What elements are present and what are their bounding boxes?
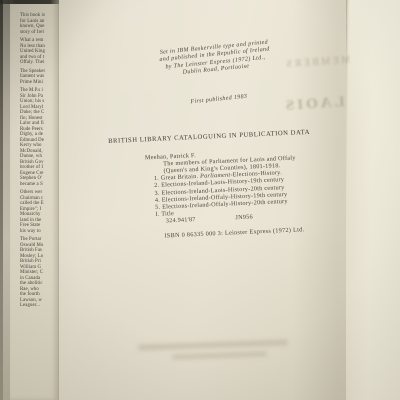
photo-background-edge [0, 0, 59, 4]
flap-paragraph: The Speakerliament wasPrime Mini [20, 69, 58, 86]
photo-background-edge [0, 0, 3, 400]
book-page-edges [3, 0, 10, 400]
lc-class-number: JN956 [235, 213, 253, 221]
flap-line: Offaly. Thei [20, 60, 58, 66]
flap-line: his way to [20, 229, 58, 235]
flap-paragraph: The PortarOswald MoBritish FasMosley; Lo… [20, 237, 58, 309]
dewey-number: 324.941'87 [166, 216, 196, 224]
flap-paragraph: This book isfor Laois anknown, Questory … [20, 13, 58, 35]
flap-paragraph: Others werChairman ccalled the EEmpire";… [20, 190, 58, 234]
flap-paragraph: What a remNo less thanUnited Kingand two… [20, 38, 58, 66]
flap-line: became a S [20, 182, 58, 188]
flap-line: story of Irel [20, 30, 58, 36]
flap-line: Leaguer... [20, 303, 58, 309]
dust-jacket-flap: This book isfor Laois anknown, Questory … [10, 0, 59, 400]
book-copyright-page-photo: MEMBERS LAOIS Set in IBM Baskerville typ… [0, 0, 400, 400]
jacket-flap-text: This book isfor Laois anknown, Questory … [10, 0, 58, 309]
flap-paragraph: The M.P.s iSir John PaUnion; his sLord M… [20, 88, 58, 187]
flap-line: Prime Mini [20, 80, 58, 86]
cip-block: BRITISH LIBRARY CATALOGUING IN PUBLICATI… [108, 128, 342, 242]
